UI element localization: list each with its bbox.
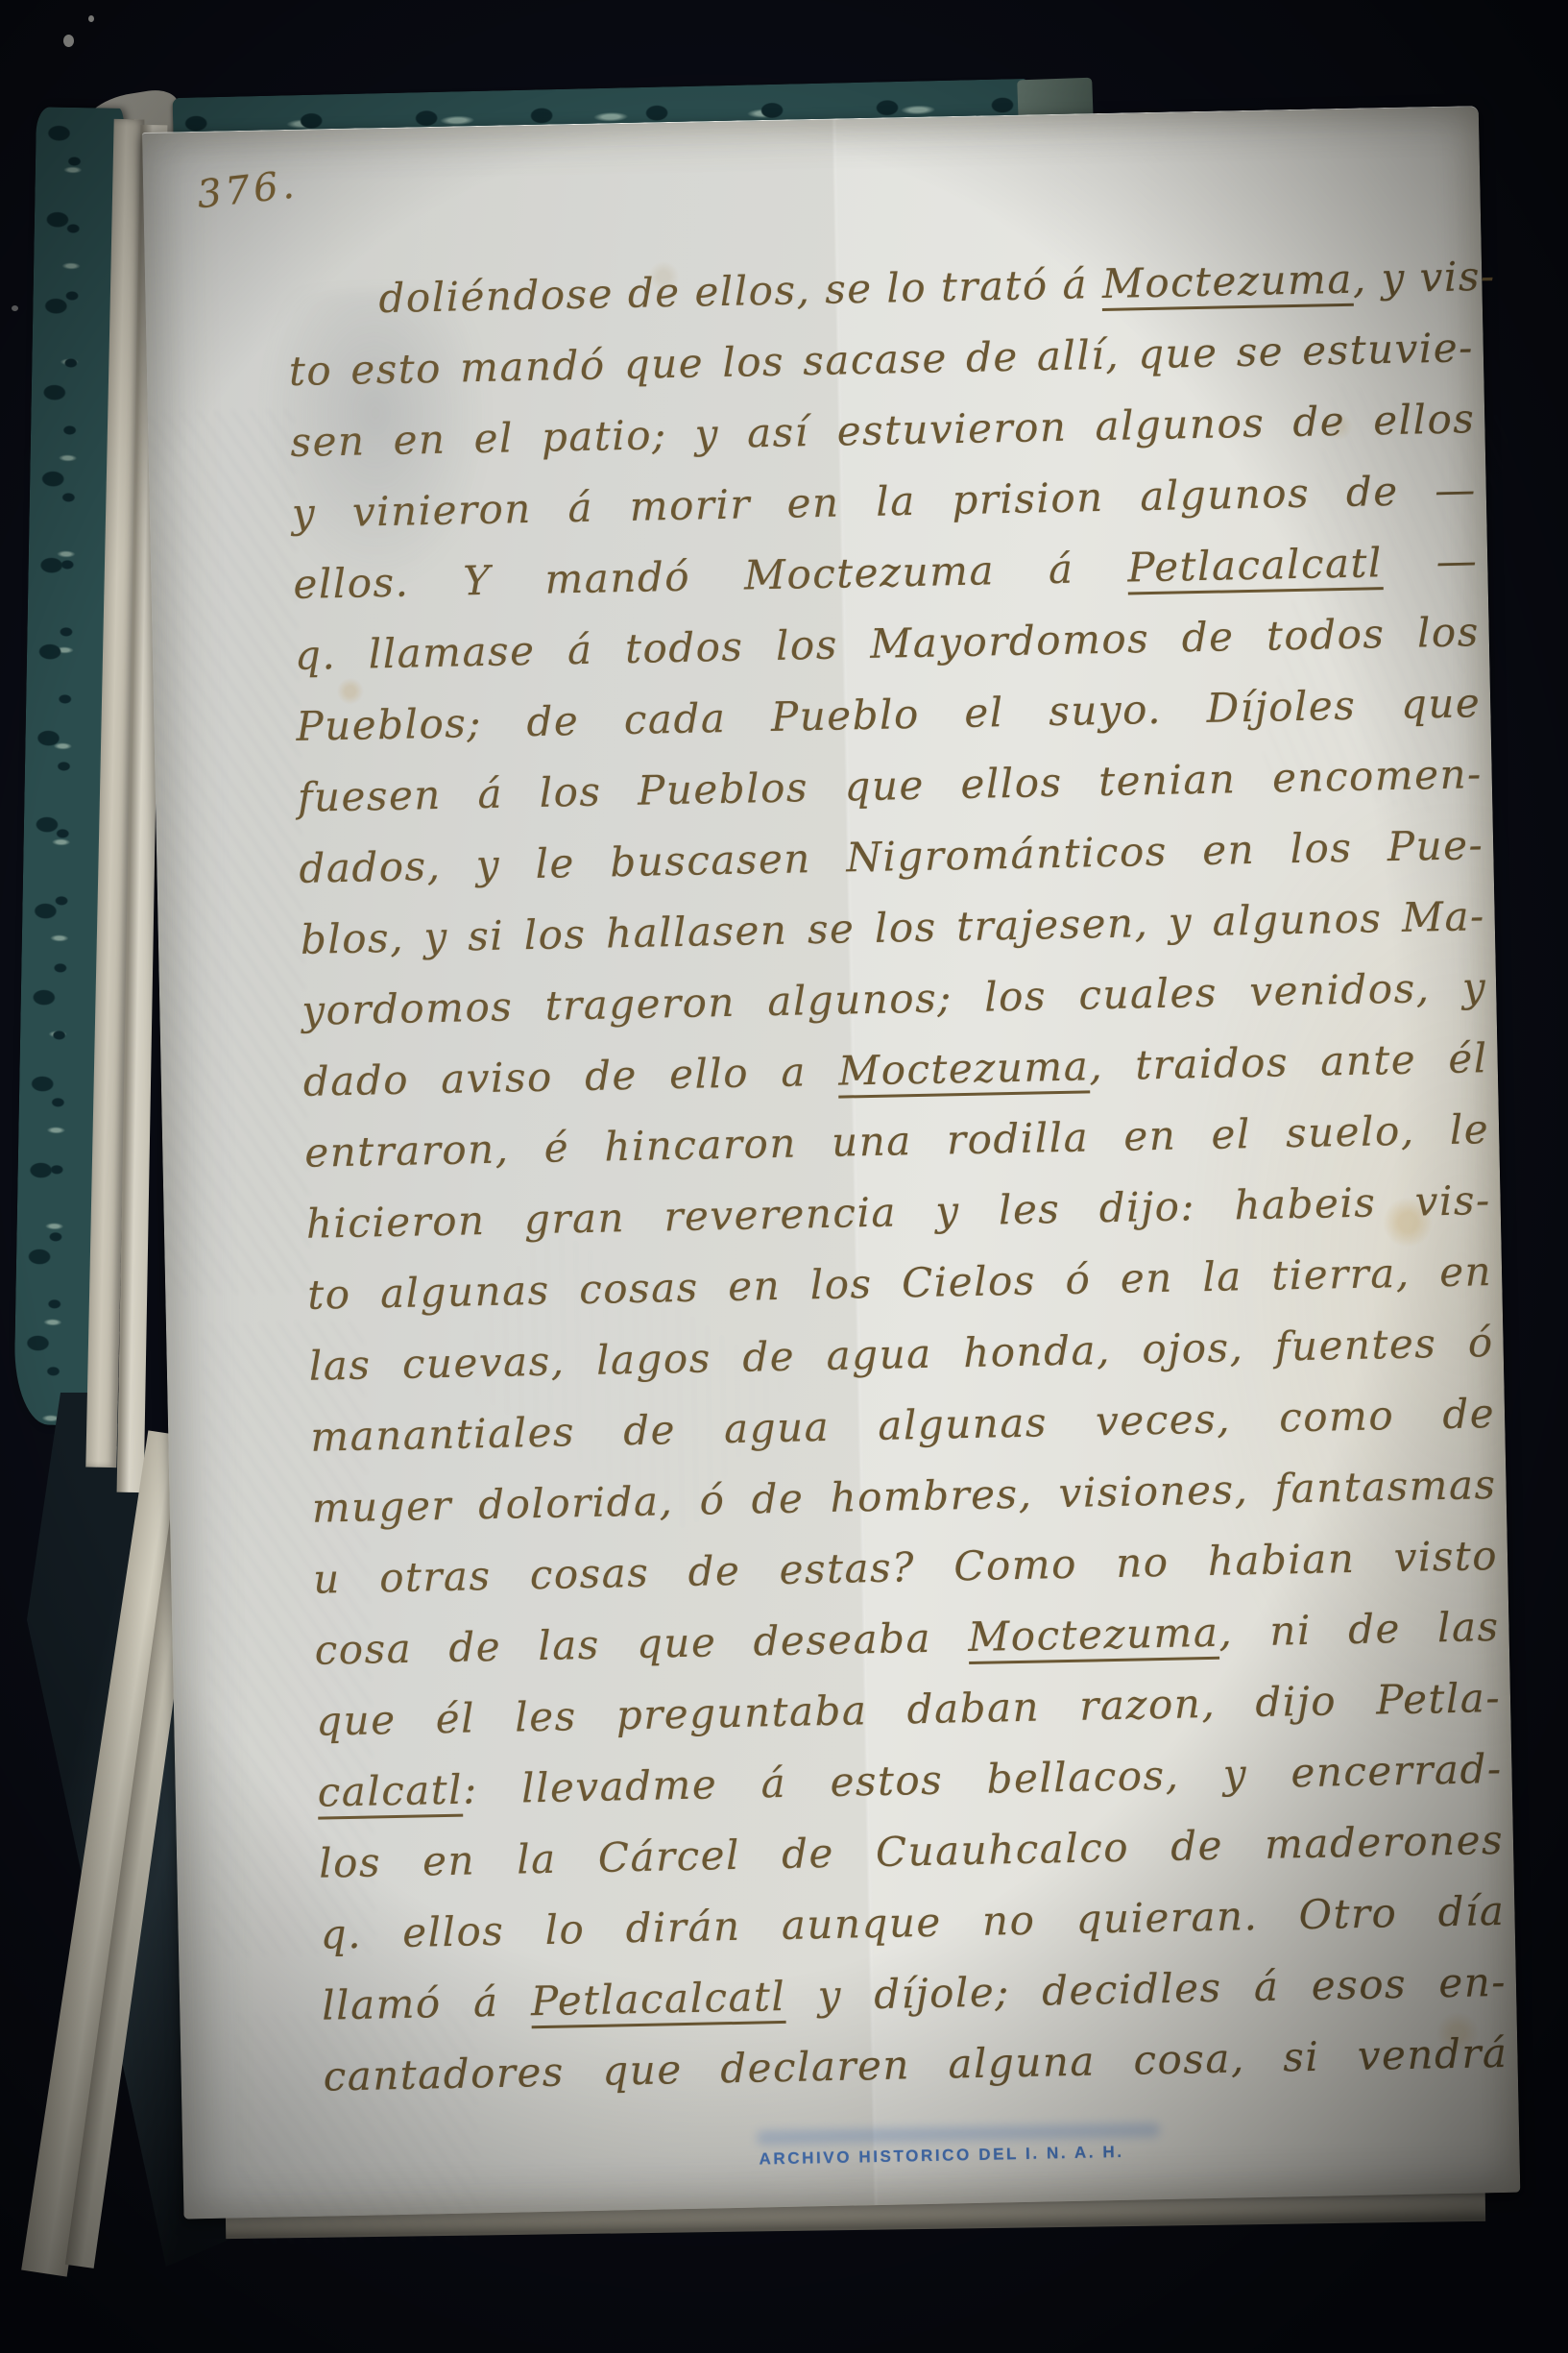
line-text: , ni de las [1218, 1603, 1500, 1656]
line-text: — [1382, 537, 1478, 586]
dust-speck [63, 35, 74, 47]
photo-background: 376. doliéndose de ellos, se lo trató á … [0, 0, 1568, 2353]
underlined-term: Moctezuma [968, 1609, 1219, 1664]
line-text: dado aviso de ello a [302, 1048, 838, 1105]
dust-speck [12, 305, 18, 311]
page-number: 376. [195, 162, 300, 217]
dust-speck [88, 15, 94, 22]
underlined-term: Petlacalcatl [1127, 539, 1383, 594]
line-text: , y vis- [1352, 253, 1496, 303]
underlined-term: Moctezuma [1101, 255, 1353, 311]
line-text: ellos. Y mandó Moctezuma á [293, 544, 1128, 607]
line-text: , traidos ante él [1089, 1034, 1488, 1089]
underlined-term: calcatl [317, 1766, 463, 1820]
line-text: llamó á [322, 1977, 532, 2028]
underlined-term: Moctezuma [838, 1042, 1090, 1098]
archive-stamp-smear [757, 2123, 1160, 2145]
line-text: y díjole; decidles á esos en- [785, 1958, 1508, 2020]
line-text: doliéndose de ellos, se lo trató á [378, 260, 1102, 322]
archive-stamp: ARCHIVO HISTORICO DEL I. N. A. H. [759, 2142, 1181, 2170]
line-text: cosa de las que deseaba [314, 1613, 969, 1674]
ink-bleedthrough [150, 409, 311, 1296]
manuscript-page: 376. doliéndose de ellos, se lo trató á … [142, 106, 1520, 2219]
line-text: : llevadme á estos bellacos, y encerrad- [463, 1745, 1503, 1813]
manuscript-text: doliéndose de ellos, se lo trató á Mocte… [287, 241, 1508, 2112]
underlined-term: Petlacalcatl [530, 1973, 785, 2028]
